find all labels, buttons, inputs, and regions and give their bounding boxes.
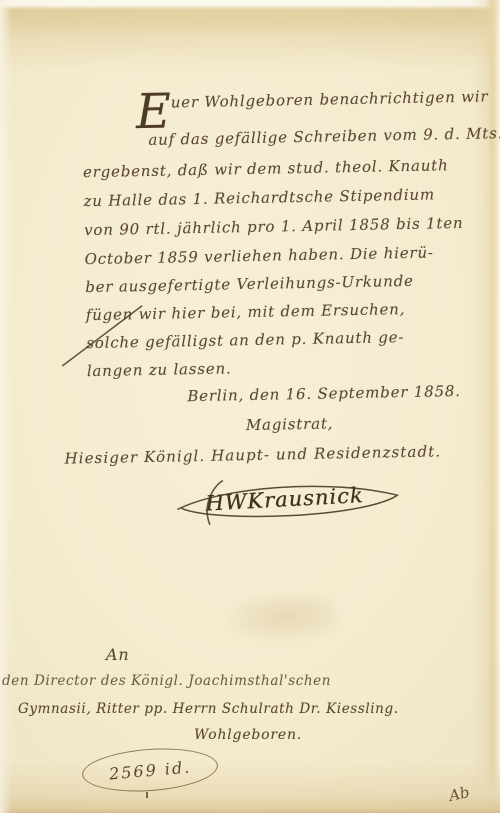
letter-line: Euer Wohlgeboren benachrichtigen wir (136, 87, 489, 112)
ink-bleed-smudge (225, 593, 337, 645)
address-salutation: An (106, 645, 129, 664)
magistrat-signature: HWKrausnick (171, 469, 408, 536)
letter-body: Euer Wohlgeboren benachrichtigen wir auf… (0, 0, 500, 813)
registry-oval-tick (146, 792, 148, 798)
letter-line: zu Halle das 1. Reichardtsche Stipendium (83, 185, 435, 210)
sender-city-line: Hiesiger Königl. Haupt- und Residenzstad… (64, 442, 441, 467)
scanned-letter-page: Euer Wohlgeboren benachrichtigen wir auf… (0, 0, 500, 813)
address-honorific: Wohlgeboren. (194, 727, 302, 743)
registry-number: 2569 id. (108, 757, 192, 783)
letter-line: auf das gefällige Schreiben vom 9. d. Mt… (148, 124, 500, 149)
address-line: den Director des Königl. Joachimsthal'sc… (2, 673, 331, 689)
address-line: Gymnasii, Ritter pp. Herrn Schulrath Dr.… (18, 701, 399, 717)
sender-office-line: Magistrat, (246, 414, 334, 434)
letter-line: ber ausgefertigte Verleihungs-Urkunde (85, 272, 414, 296)
letter-line: October 1859 verliehen haben. Die hierü- (85, 243, 434, 268)
letter-line: ergebenst, daß wir dem stud. theol. Knau… (83, 156, 449, 181)
dateline: Berlin, den 16. September 1858. (187, 382, 461, 405)
margin-slash-mark (55, 298, 148, 372)
letter-line: von 90 rtl. jährlich pro 1. April 1858 b… (84, 214, 464, 239)
